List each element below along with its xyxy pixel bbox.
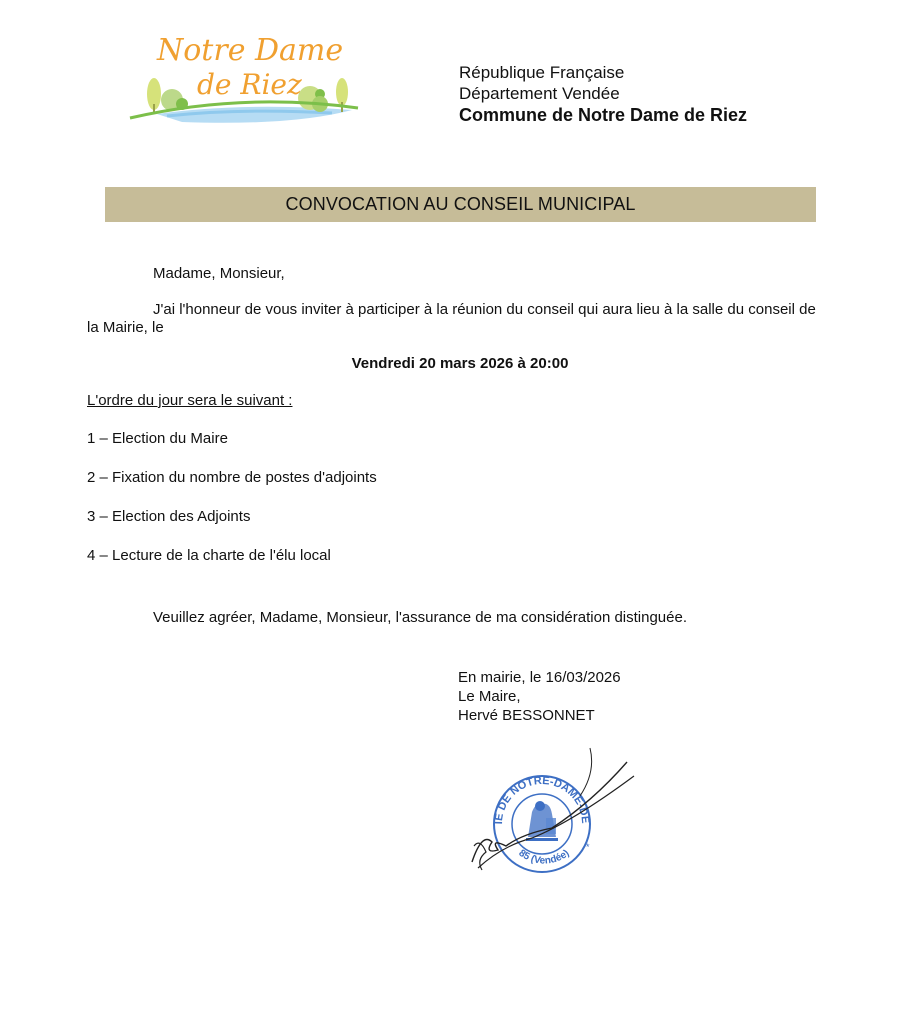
commune-name: Commune de Notre Dame de Riez xyxy=(459,105,747,126)
title-band: CONVOCATION AU CONSEIL MUNICIPAL xyxy=(105,187,816,222)
signature-place-date: En mairie, le 16/03/2026 xyxy=(458,668,621,687)
svg-text:85 (Vendée): 85 (Vendée) xyxy=(516,848,571,867)
closing-formula: Veuillez agréer, Madame, Monsieur, l'ass… xyxy=(153,609,687,627)
agenda-item: 1 – Election du Maire xyxy=(87,430,228,448)
agenda-heading: L'ordre du jour sera le suivant : xyxy=(87,392,292,410)
agenda-item: 3 – Election des Adjoints xyxy=(87,508,250,526)
signature-role: Le Maire, xyxy=(458,687,621,706)
svg-text:MAIRIE DE NOTRE-DAME-DE-RIEZ: MAIRIE DE NOTRE-DAME-DE-RIEZ xyxy=(462,742,591,824)
official-stamp: MAIRIE DE NOTRE-DAME-DE-RIEZ 85 (Vendée)… xyxy=(462,742,642,882)
department-label: Département Vendée xyxy=(459,83,747,104)
svg-text:de Riez: de Riez xyxy=(197,68,302,101)
agenda-item: 2 – Fixation du nombre de postes d'adjoi… xyxy=(87,469,377,487)
signature-name: Hervé BESSONNET xyxy=(458,706,621,725)
logo-graphic: Notre Dame de Riez xyxy=(122,22,372,132)
salutation: Madame, Monsieur, xyxy=(153,265,285,283)
signature-block: En mairie, le 16/03/2026 Le Maire, Hervé… xyxy=(458,668,621,725)
letterhead: République Française Département Vendée … xyxy=(459,62,747,126)
country-label: République Française xyxy=(459,62,747,83)
intro-paragraph: J'ai l'honneur de vous inviter à partici… xyxy=(87,301,821,337)
svg-text:*: * xyxy=(586,842,590,852)
document-title: CONVOCATION AU CONSEIL MUNICIPAL xyxy=(286,194,636,215)
stamp-seal-icon: MAIRIE DE NOTRE-DAME-DE-RIEZ 85 (Vendée)… xyxy=(462,742,642,882)
svg-text:Notre Dame: Notre Dame xyxy=(156,33,343,68)
commune-logo: Notre Dame de Riez xyxy=(122,22,372,132)
agenda-item: 4 – Lecture de la charte de l'élu local xyxy=(87,547,331,565)
meeting-date: Vendredi 20 mars 2026 à 20:00 xyxy=(87,355,833,373)
